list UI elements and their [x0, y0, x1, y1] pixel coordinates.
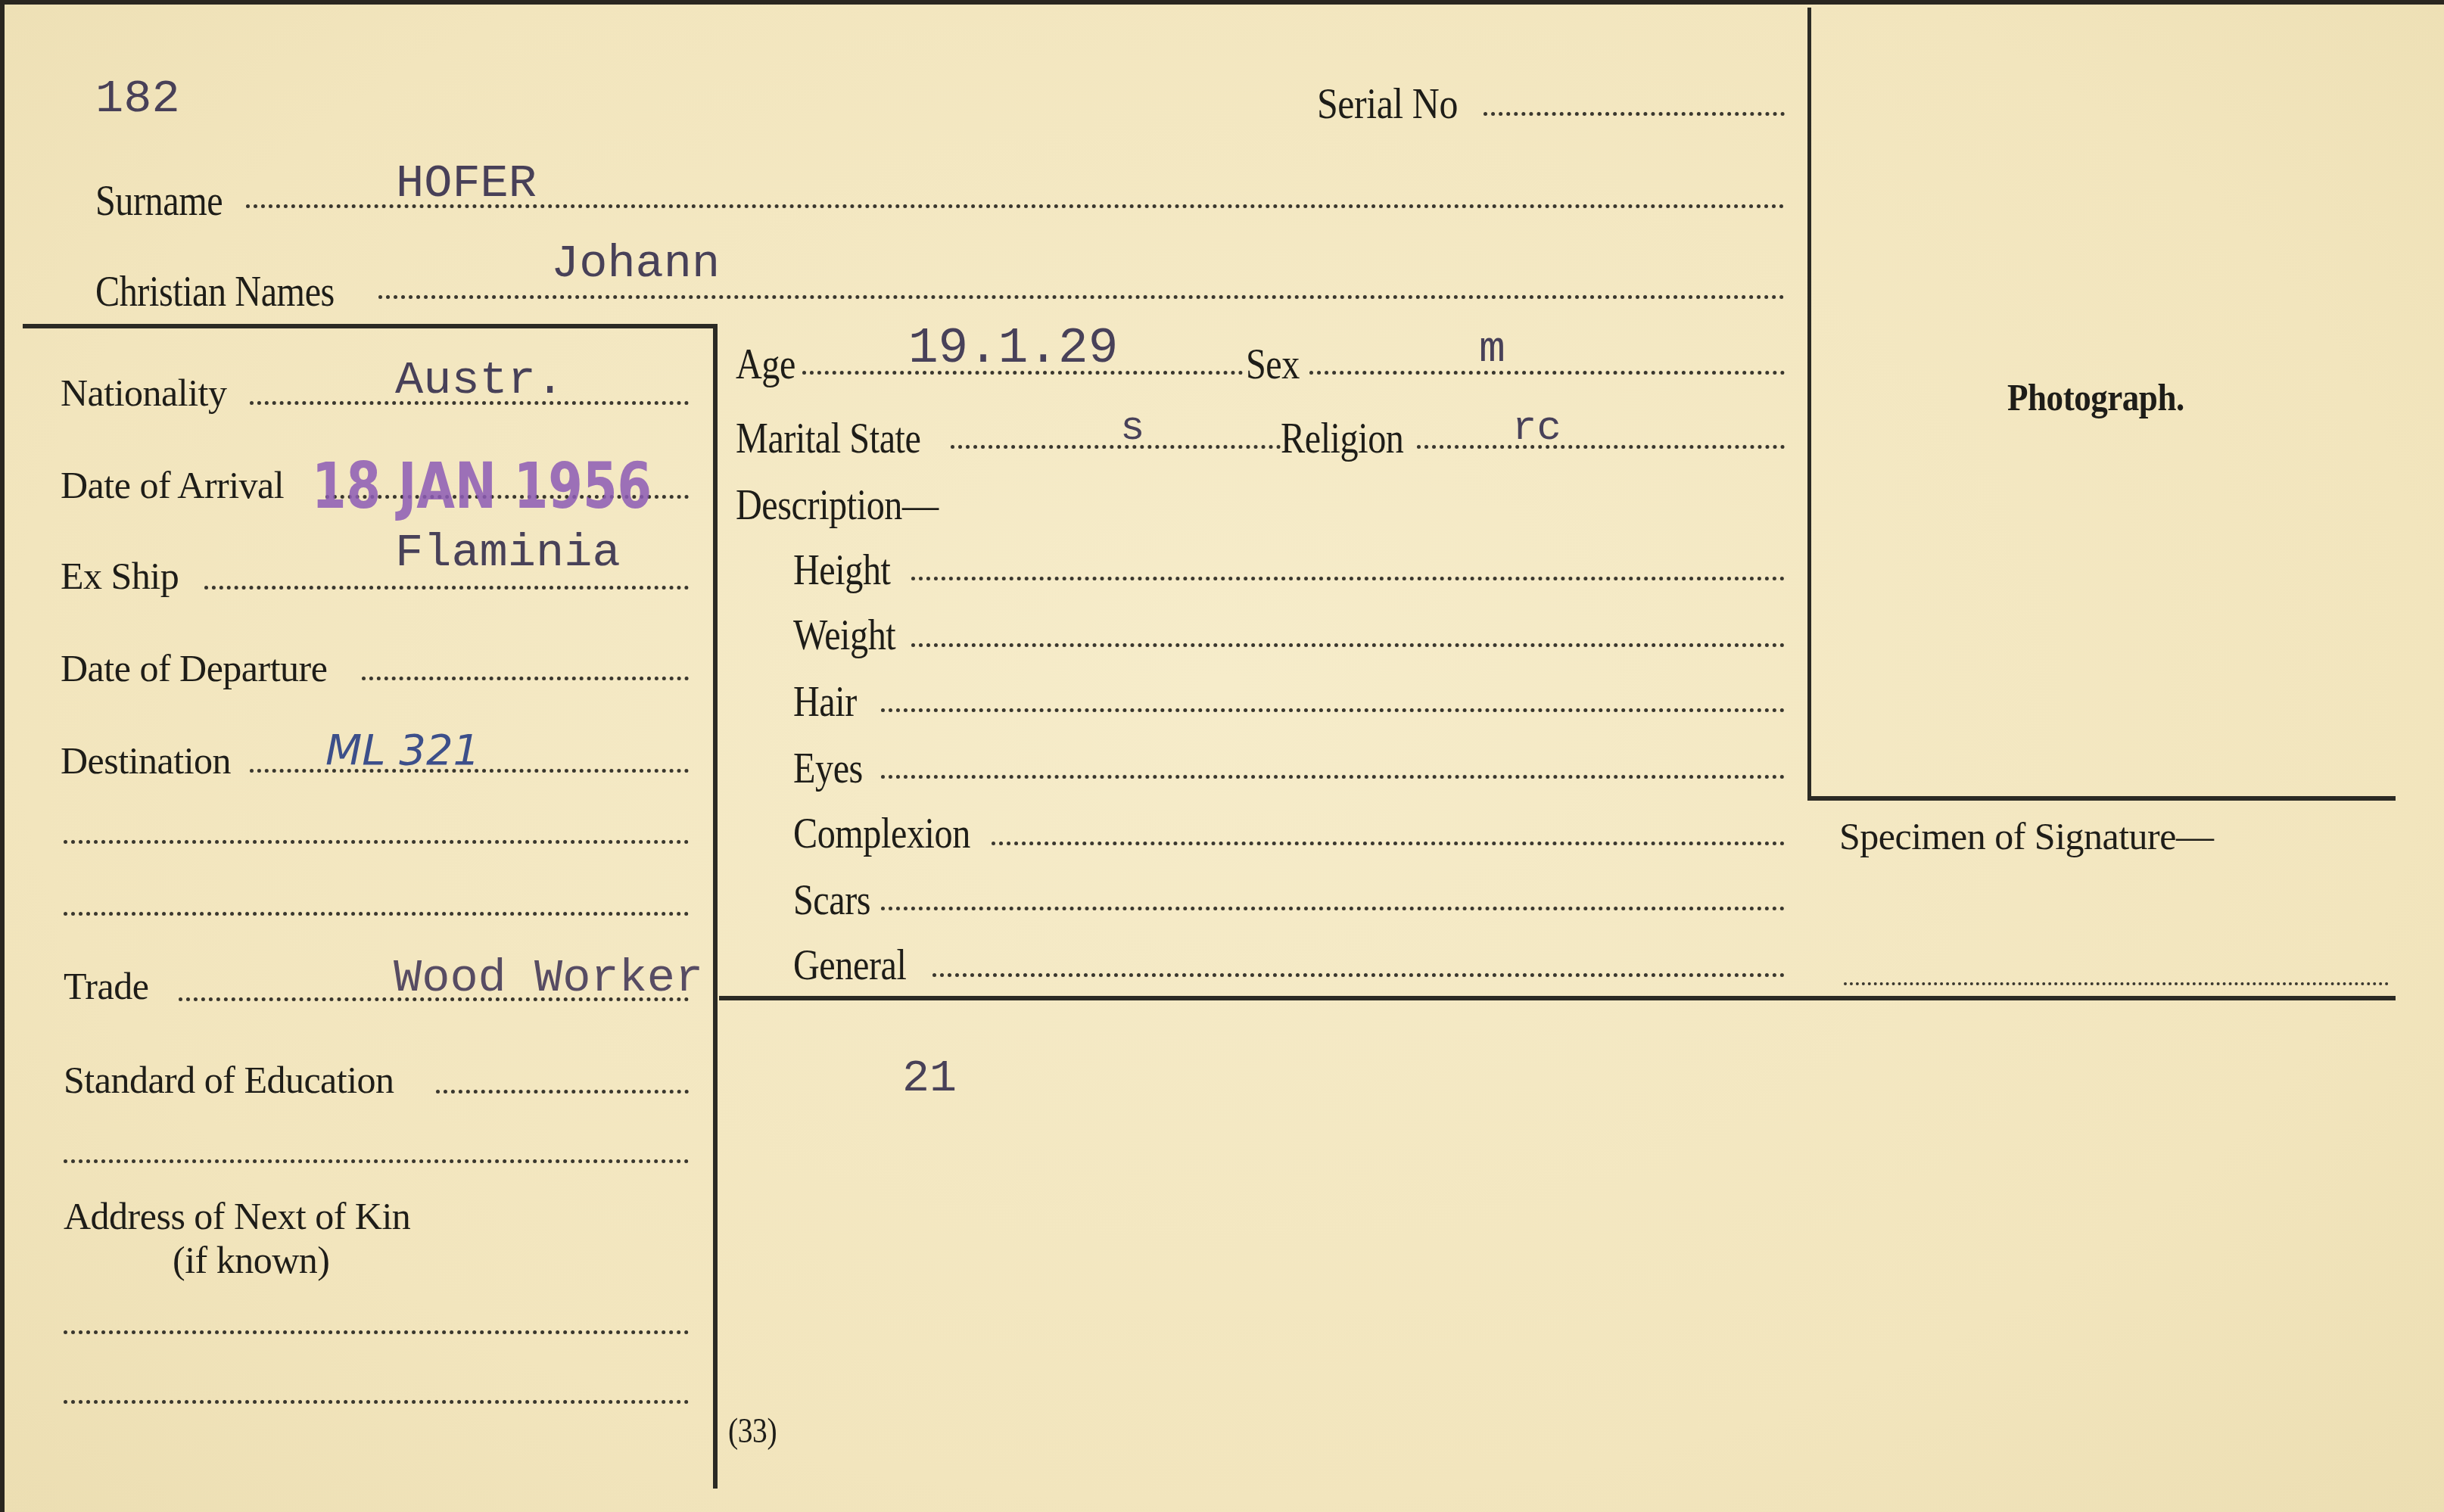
ex-ship-field[interactable] — [204, 586, 689, 590]
faint-offset-impression — [581, 151, 609, 196]
christian-names-label: Christian Names — [95, 271, 335, 313]
ex-ship-label: Ex Ship — [61, 557, 179, 595]
photograph-area — [1813, 8, 2396, 795]
christian-names-field[interactable] — [378, 295, 1785, 299]
extra-line-2[interactable] — [64, 912, 689, 916]
rule-description-bottom — [719, 996, 2396, 1000]
scars-field[interactable] — [881, 907, 1785, 910]
age-label: Age — [736, 344, 795, 386]
next-of-kin-line-2[interactable] — [64, 1400, 689, 1404]
complexion-label: Complexion — [793, 813, 970, 855]
hair-field[interactable] — [881, 708, 1785, 712]
sex-label: Sex — [1246, 344, 1300, 386]
trade-label: Trade — [64, 967, 148, 1005]
rule-photo-box-bottom — [1809, 796, 2396, 801]
destination-value: ML 321 — [325, 730, 480, 772]
date-of-arrival-label: Date of Arrival — [61, 466, 284, 504]
height-field[interactable] — [911, 577, 1785, 580]
immigration-record-card: 182 Serial No Surname HOFER Christian Na… — [0, 0, 2444, 1512]
eyes-label: Eyes — [793, 748, 863, 790]
trade-value: Wood Worker — [394, 955, 703, 1002]
note-number: 21 — [902, 1056, 957, 1102]
next-of-kin-label: Address of Next of Kin — [64, 1197, 410, 1235]
height-label: Height — [793, 549, 891, 592]
sex-value: m — [1479, 328, 1505, 372]
marital-state-label: Marital State — [736, 418, 921, 460]
scars-label: Scars — [793, 879, 870, 922]
general-label: General — [793, 944, 906, 987]
weight-field[interactable] — [911, 643, 1785, 647]
religion-field[interactable] — [1417, 445, 1785, 449]
arrival-date-stamp: 18 JAN 1956 — [312, 454, 652, 518]
weight-label: Weight — [793, 614, 895, 657]
serial-no-label: Serial No — [1317, 82, 1458, 126]
religion-label: Religion — [1281, 418, 1403, 460]
card-left-edge — [0, 0, 5, 1512]
eyes-field[interactable] — [881, 775, 1785, 779]
signature-label: Specimen of Signature— — [1839, 817, 2213, 855]
ex-ship-value: Flaminia — [395, 530, 621, 577]
rule-photo-box-left — [1807, 8, 1811, 801]
destination-label: Destination — [61, 742, 231, 779]
surname-value: HOFER — [396, 160, 537, 207]
nationality-label: Nationality — [61, 374, 226, 412]
hair-label: Hair — [793, 681, 857, 723]
card-number: 182 — [95, 76, 180, 123]
date-of-departure-label: Date of Departure — [61, 649, 327, 687]
nationality-value: Austr. — [395, 357, 564, 404]
education-label: Standard of Education — [64, 1061, 394, 1099]
education-field[interactable] — [436, 1090, 689, 1094]
date-of-departure-field[interactable] — [362, 677, 689, 680]
education-line-2[interactable] — [64, 1159, 689, 1163]
sex-field[interactable] — [1309, 371, 1785, 375]
next-of-kin-sublabel: (if known) — [173, 1241, 329, 1279]
religion-value: rc — [1512, 409, 1561, 450]
form-code: (33) — [728, 1414, 777, 1448]
rule-under-names — [23, 324, 718, 328]
serial-no-field[interactable] — [1484, 112, 1785, 116]
age-value: 19.1.29 — [908, 324, 1118, 374]
marital-state-field[interactable] — [951, 445, 1281, 449]
complexion-field[interactable] — [992, 842, 1785, 845]
description-label: Description— — [736, 484, 939, 527]
marital-state-value: s — [1120, 409, 1144, 450]
surname-label: Surname — [95, 180, 223, 222]
rule-left-column-divider — [713, 325, 718, 1489]
card-top-edge — [0, 0, 2444, 5]
signature-field[interactable] — [1844, 982, 2389, 985]
general-field[interactable] — [932, 973, 1785, 977]
next-of-kin-line-1[interactable] — [64, 1330, 689, 1334]
christian-names-value: Johann — [551, 241, 720, 288]
extra-line-1[interactable] — [64, 840, 689, 844]
